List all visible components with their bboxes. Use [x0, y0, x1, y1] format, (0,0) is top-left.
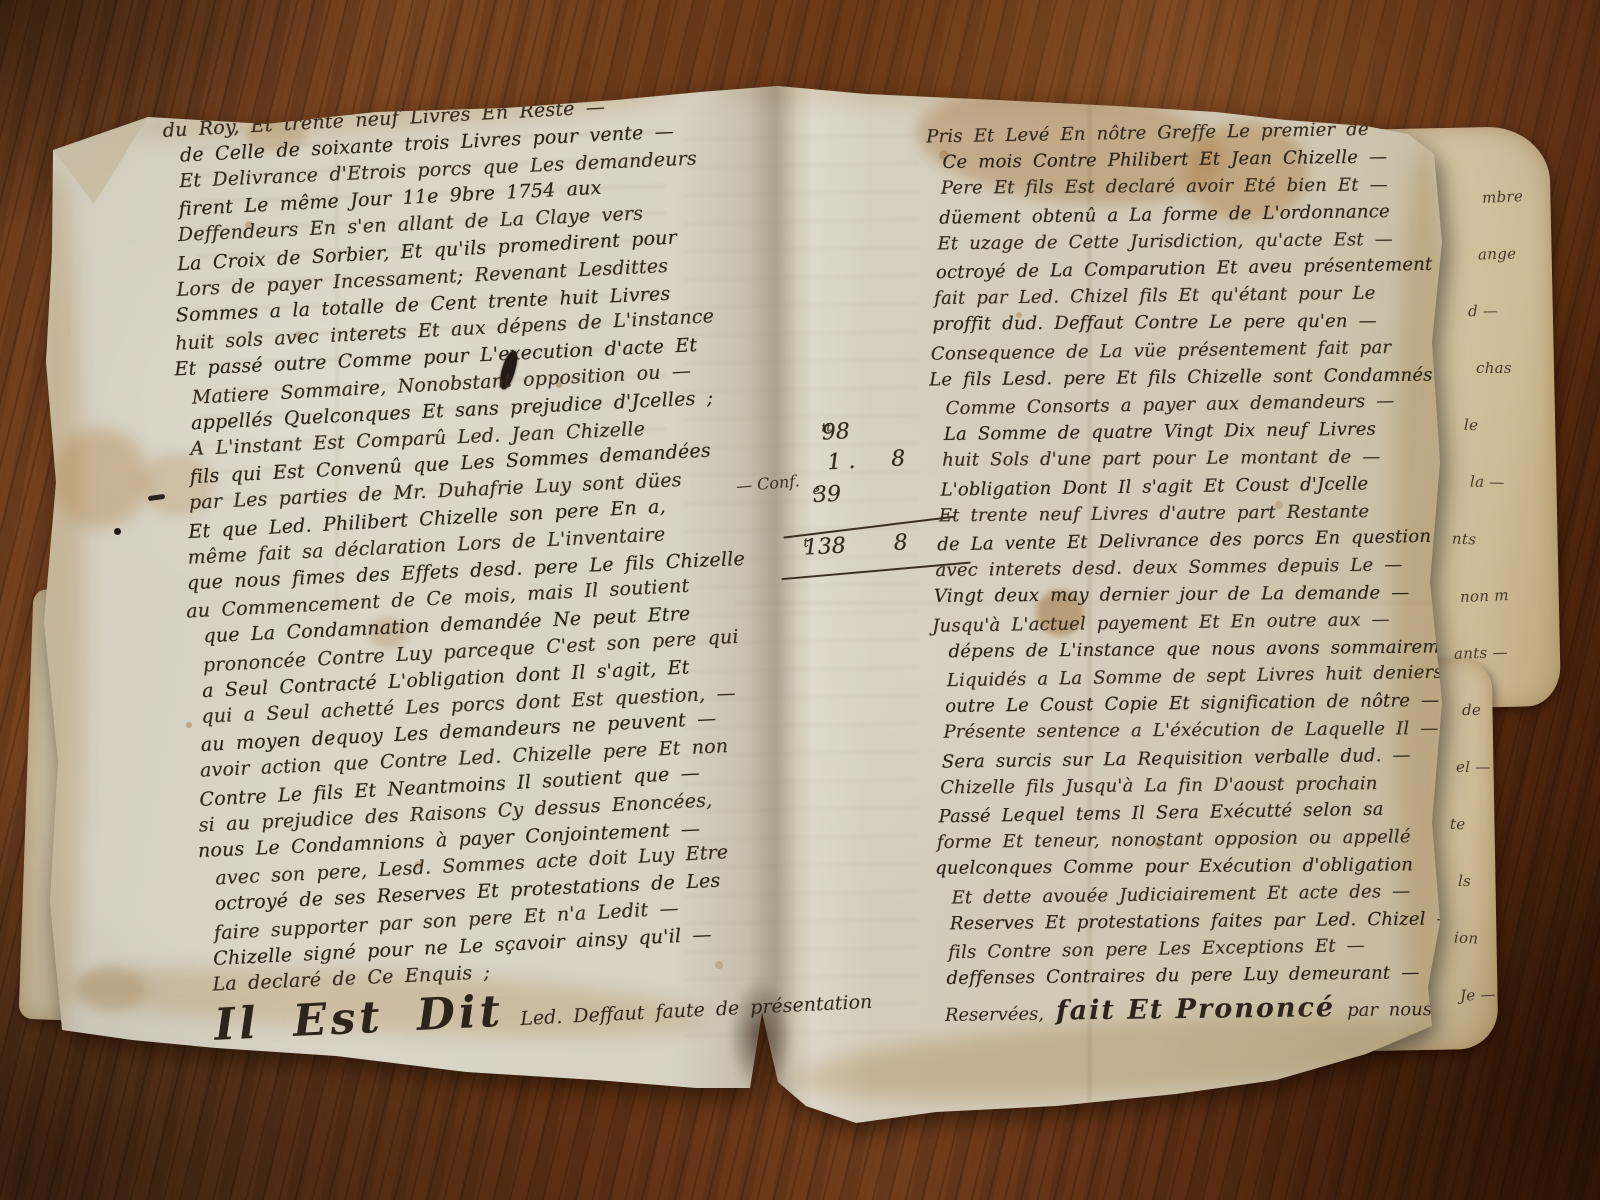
right-page-text: Pris Et Levé En nôtre Greffe Le premier … — [934, 116, 1470, 1028]
closing-pre: Reservées, — [945, 1003, 1044, 1025]
left-edge-tint — [28, 172, 84, 1052]
left-page-text: du Roy, Et trente neuf Livres En Reste —… — [170, 87, 815, 1049]
foxing-spots — [36, 82, 42, 88]
right-page-closing-line: Reservées,fait Et Prononcépar nous — — [945, 990, 1470, 1027]
closing-post: par nous — — [1347, 998, 1461, 1020]
right-page-lines: Pris Et Levé En nôtre Greffe Le premier … — [934, 116, 1470, 993]
document-spread: du Roy, Et trente neuf Livres En Reste —… — [36, 82, 1492, 1134]
manuscript-line: deffenses Contraires du pere Luy demeura… — [946, 959, 1471, 993]
ink-speck — [114, 528, 121, 535]
total-138-livres: 138t — [803, 535, 809, 561]
amount-39-livres: 39e — [812, 483, 820, 509]
left-page-lines: du Roy, Et trente neuf Livres En Reste —… — [170, 87, 812, 1000]
sum-rule-line — [781, 562, 970, 581]
amount-8-sols: 8 — [891, 446, 906, 472]
stain-bottom-left — [76, 966, 146, 1012]
manuscript-paper: du Roy, Et trente neuf Livres En Reste —… — [36, 82, 1492, 1134]
phrase-fait-et-prononce: fait Et Prononcé — [1056, 992, 1335, 1026]
total-8-sols: 8 — [893, 530, 908, 556]
stain-left-margin-large — [52, 428, 148, 528]
margin-arithmetic: 98tt 1 . 8 39e 138t 8 — [761, 413, 983, 614]
amount-98-livres: 98tt — [821, 420, 832, 446]
amount-1: 1 . — [827, 449, 856, 475]
